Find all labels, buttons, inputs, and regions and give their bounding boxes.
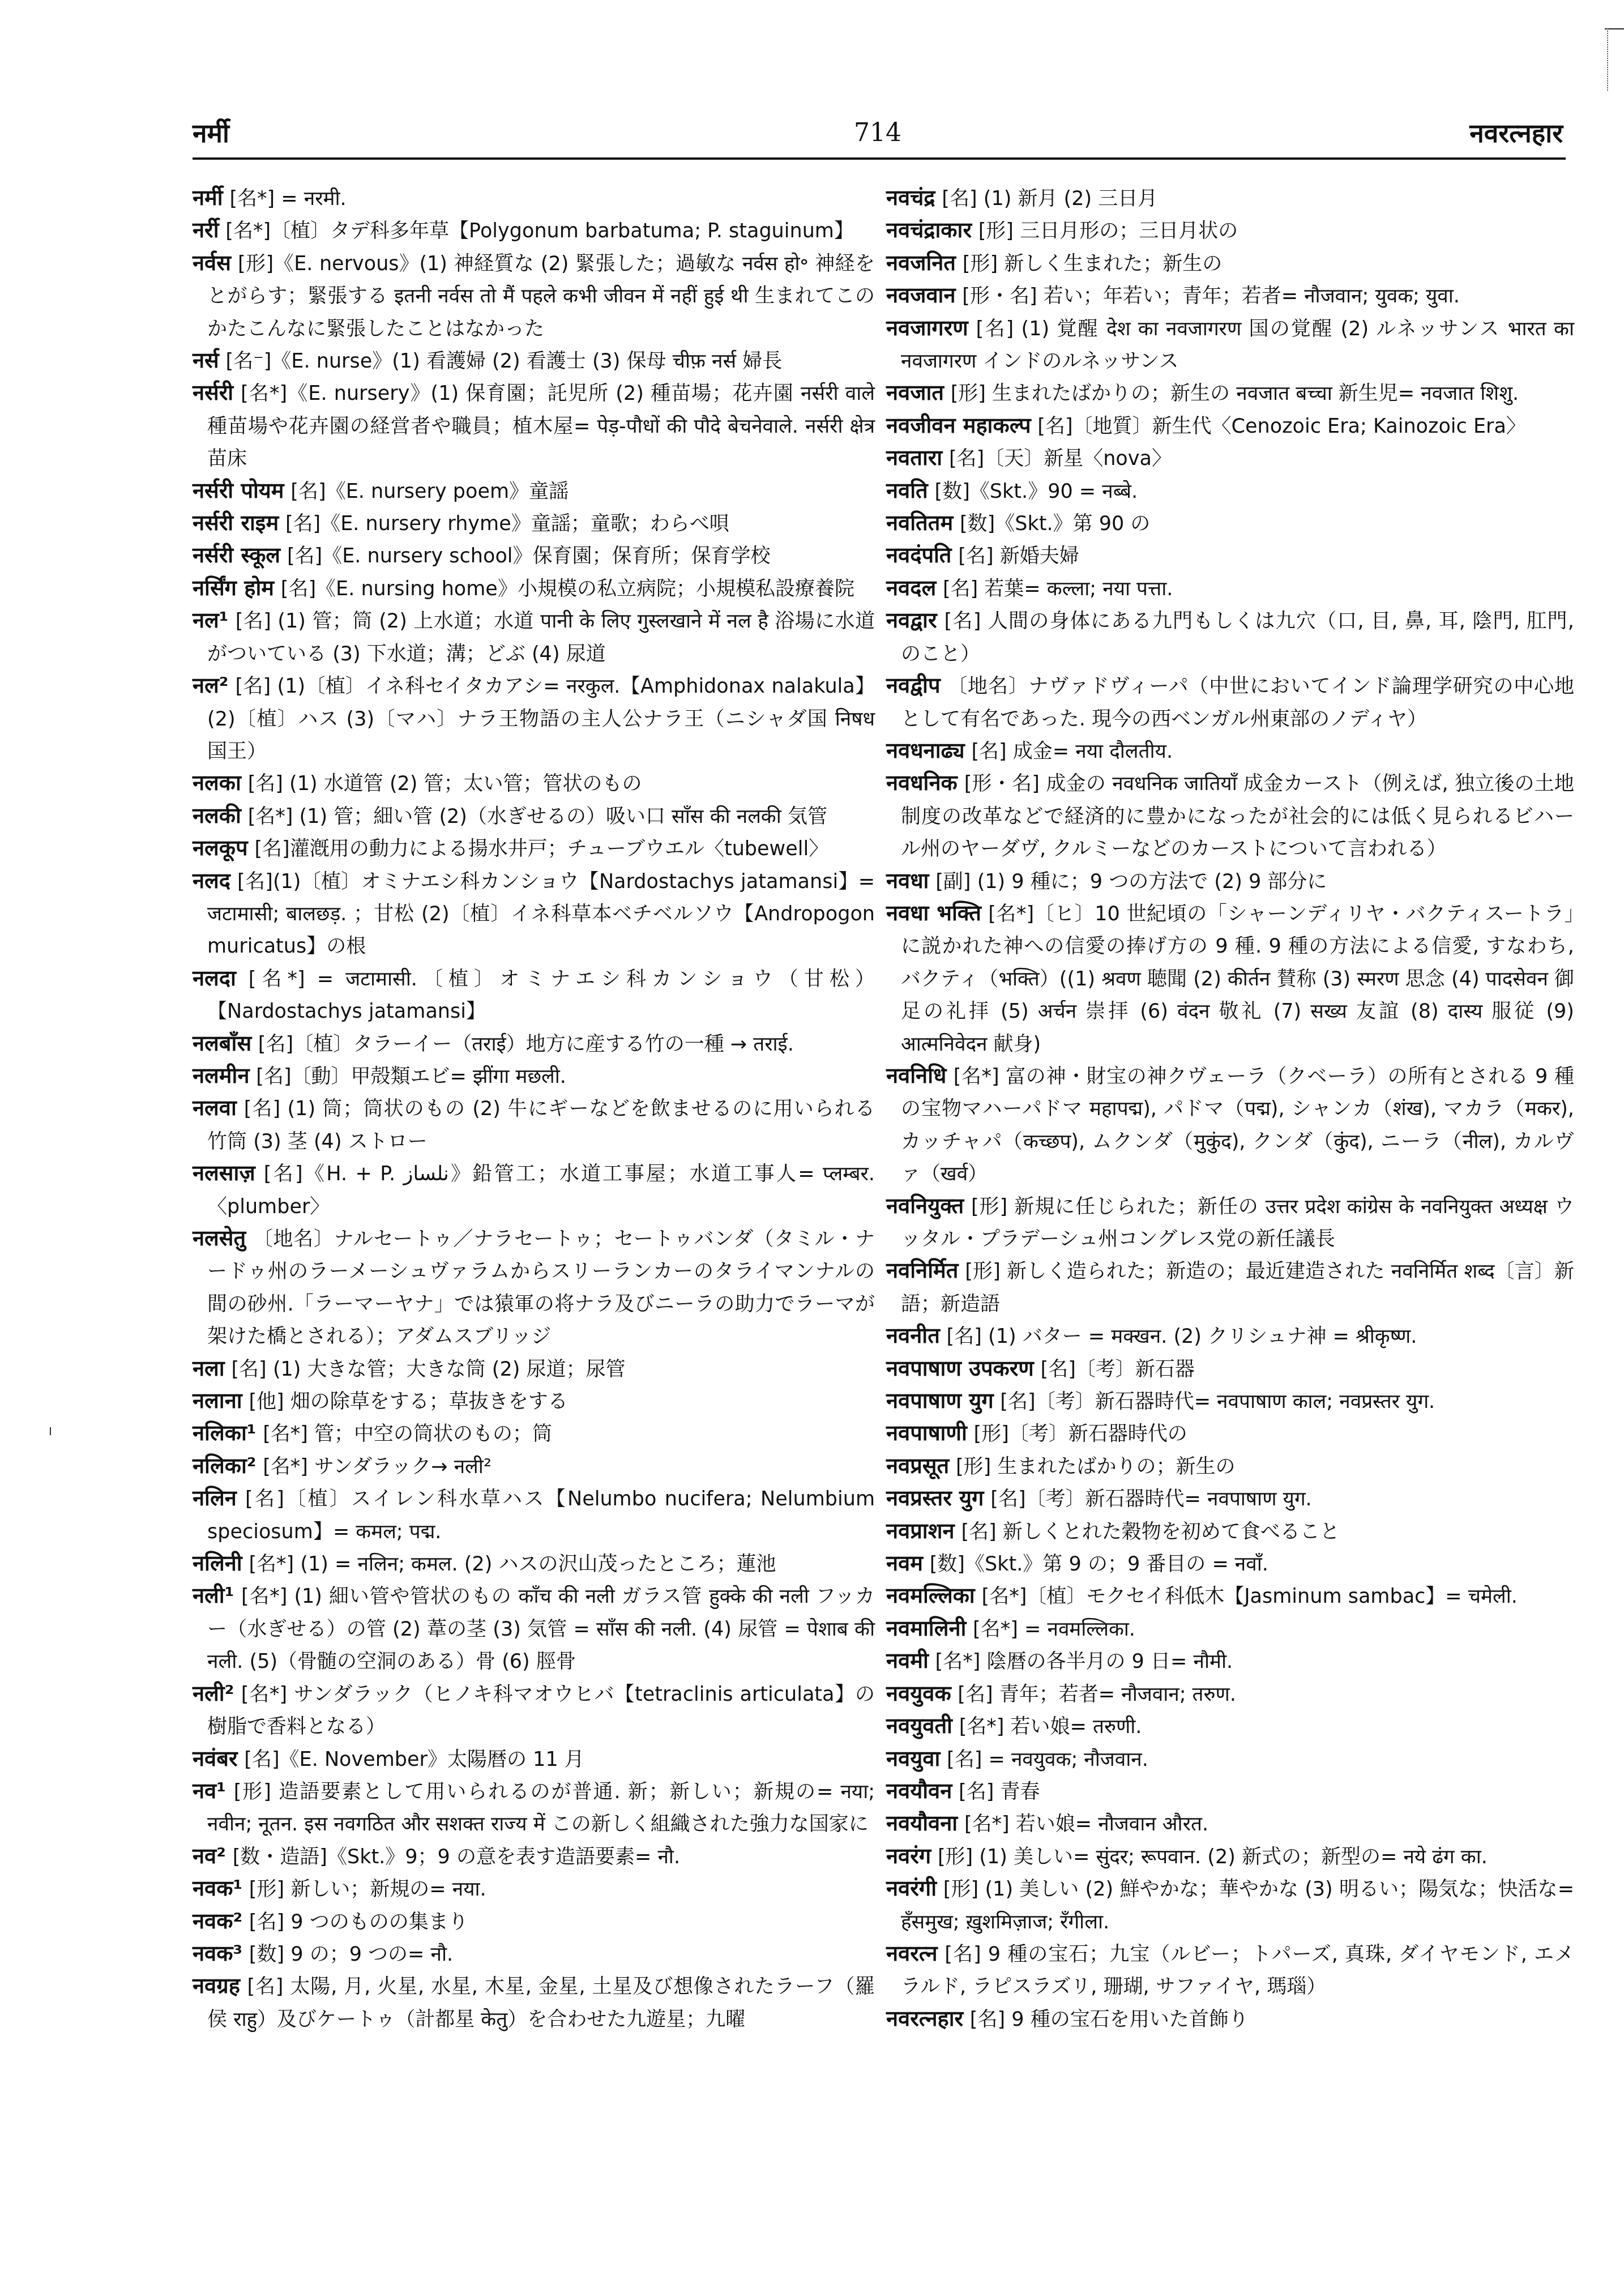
entry-definition: [名]〔植〕タラーイー（तराई）地方に産する竹の一種 → तराई. <box>258 1033 794 1056</box>
entry-definition: [形]〔考〕新石器時代の <box>974 1423 1187 1445</box>
entry-definition: [名] 青年；若者= नौजवान; तरुण. <box>958 1683 1236 1706</box>
dictionary-entry: नर्सरी स्कूल [名]《E. nursery school》保育園；保… <box>193 540 875 572</box>
entry-definition: [名*] (1) 細い管や管状のもの काँच की नली ガラス管 हुक्… <box>207 1585 875 1673</box>
entry-definition: [名*]〔ヒ〕10 世紀頃の「シャーンディリヤ・バクティスートラ」に説かれた神へ… <box>901 903 1574 1056</box>
entry-definition: [名] = नवयुवक; नौजवान. <box>947 1748 1148 1771</box>
dictionary-entry: नवयुवा [名] = नवयुवक; नौजवान. <box>886 1743 1574 1775</box>
entry-definition: [名] (1) 水道管 (2) 管；太い管；管状のもの <box>248 772 642 795</box>
dictionary-entry: नलाना [他] 畑の除草をする；草抜きをする <box>193 1385 875 1418</box>
dictionary-entry: नवद्वार [名] 人間の身体にある九門もしくは九穴（口, 目, 鼻, 耳,… <box>886 605 1574 670</box>
headword: नवतारा <box>886 445 942 470</box>
entry-definition: [名] (1) バター = मक्खन. (2) クリシュナ神 = श्रीकृ… <box>947 1325 1417 1348</box>
dictionary-entry: नवरंगी [形] (1) 美しい (2) 鮮やかな；華やかな (3) 明るい… <box>886 1873 1574 1938</box>
headword: नवधनिक <box>886 770 958 795</box>
headword: नवमी <box>886 1648 929 1673</box>
entry-definition: [名] 9 種の宝石；九宝（ルビー；トパーズ, 真珠, ダイヤモンド, エメラル… <box>901 1943 1574 1998</box>
entry-definition: [名]《E. nursery rhyme》童謡；童歌；わらべ唄 <box>285 513 729 535</box>
dictionary-entry: नवतारा [名]〔天〕新星〈nova〉 <box>886 442 1574 475</box>
dictionary-entry: नवयौवना [名*] 若い娘= नौजवान औरत. <box>886 1808 1574 1840</box>
dictionary-entry: नवजीवन महाकल्प [名]〔地質〕新生代〈Cenozoic Era; … <box>886 410 1574 442</box>
entry-definition: [名] (1) 新月 (2) 三日月 <box>942 187 1157 210</box>
entry-definition: [名*] 陰暦の各半月の 9 日= नौमी. <box>935 1650 1233 1673</box>
headword: नवयौवना <box>886 1811 958 1836</box>
dictionary-entry: नवरत्न [名] 9 種の宝石；九宝（ルビー；トパーズ, 真珠, ダイヤモン… <box>886 1938 1574 2003</box>
headword: नव² <box>193 1843 226 1868</box>
scan-speck <box>50 1427 51 1435</box>
dictionary-entry: नवप्रसूत [形] 生まれたばかりの；新生の <box>886 1450 1574 1483</box>
dictionary-entry: नवयौवन [名] 青春 <box>886 1775 1574 1808</box>
guideword-right: नवरत्नहार <box>1469 116 1563 150</box>
dictionary-entry: नव² [数・造語]《Skt.》9；9 の意を表す造語要素= नौ. <box>193 1841 875 1873</box>
headword: नलका <box>193 770 241 795</box>
entry-definition: [名*] = नवमल्लिका. <box>973 1618 1135 1641</box>
headword: नवचंद्राकार <box>886 217 972 242</box>
dictionary-entry: नवयुवक [名] 青年；若者= नौजवान; तरुण. <box>886 1678 1574 1710</box>
dictionary-entry: नल¹ [名] (1) 管；筒 (2) 上水道；水道 पानी के लिए ग… <box>193 605 875 670</box>
headword: नवचंद्र <box>886 185 935 210</box>
dictionary-entry: नवरंग [形] (1) 美しい= सुंदर; रूपवान. (2) 新式… <box>886 1841 1574 1873</box>
headword: नलिनी <box>193 1551 242 1576</box>
dictionary-entry: नलका [名] (1) 水道管 (2) 管；太い管；管状のもの <box>193 767 875 800</box>
headword: नवजवान <box>886 283 955 308</box>
left-column: नर्मी [名*] = नरमी.नर्री [名*]〔植〕タデ科多年草【Po… <box>193 182 875 2035</box>
dictionary-entry: नवदंपति [名] 新婚夫婦 <box>886 540 1574 572</box>
entry-definition: [名*] (1) 管；細い管 (2)（水ぎせるの）吸い口 साँस की नलक… <box>248 805 827 828</box>
headword: नवयौवन <box>886 1778 952 1803</box>
dictionary-entry: नवंबर [名]《E. November》太陽暦の 11 月 <box>193 1743 875 1775</box>
dictionary-entry: नलिनी [名*] (1) = नलिन; कमल. (2) ハスの沢山茂った… <box>193 1548 875 1580</box>
headword: नवरंग <box>886 1843 931 1868</box>
headword: नवरंगी <box>886 1876 937 1901</box>
dictionary-entry: नवक³ [数] 9 の；9 つの= नौ. <box>193 1938 875 1970</box>
entry-definition: [形] 新しく生まれた；新生の <box>963 253 1222 275</box>
entry-definition: [名*] (1) = नलिन; कमल. (2) ハスの沢山茂ったところ；蓮池 <box>249 1553 776 1576</box>
dictionary-entry: नली² [名*] サンダラック（ヒノキ科マオウヒバ【tetraclinis a… <box>193 1678 875 1743</box>
dictionary-entry: नलमीन [名]〔動〕甲殻類エビ= झींगा मछली. <box>193 1060 875 1092</box>
headword: नवजनित <box>886 250 956 275</box>
entry-definition: [数・造語]《Skt.》9；9 の意を表す造語要素= नौ. <box>233 1846 680 1868</box>
dictionary-entry: नवतितम [数]《Skt.》第 90 の <box>886 507 1574 540</box>
headword: नवदंपति <box>886 543 951 567</box>
entry-definition: [副] (1) 9 種に；9 つの方法で (2) 9 部分に <box>935 870 1327 893</box>
entry-definition: [名]《E. November》太陽暦の 11 月 <box>244 1748 584 1771</box>
entry-definition: [名]〔考〕新石器 <box>1041 1358 1195 1381</box>
entry-definition: [名]〔動〕甲殻類エビ= झींगा मछली. <box>256 1065 566 1088</box>
dictionary-entry: नलसेतु 〔地名〕ナルセートゥ／ナラセートゥ；セートゥバンダ（タミル・ナード… <box>193 1223 875 1353</box>
entry-definition: [名*] サンダラック（ヒノキ科マオウヒバ【tetraclinis articu… <box>207 1683 875 1738</box>
headword: नवमल्लिका <box>886 1583 975 1608</box>
dictionary-entry: नल² [名] (1)〔植〕イネ科セイタカアシ= नरकुल.【Amphidon… <box>193 670 875 767</box>
headword: नवधनाढ्य <box>886 738 965 763</box>
entry-definition: [名] 成金= नया दौलतीय. <box>971 740 1173 763</box>
dictionary-entry: नर्सरी [名*]《E. nursery》(1) 保育園；託児所 (2) 種… <box>193 377 875 475</box>
entry-definition: [名*] 富の神・財宝の神クヴェーラ（クベーラ）の所有とされる 9 種の宝物マハ… <box>901 1065 1574 1185</box>
entry-definition: [名] 9 種の宝石を用いた首飾り <box>970 2008 1249 2031</box>
headword: नवग्रह <box>193 1973 240 1998</box>
headword: नवजीवन महाकल्प <box>886 413 1031 438</box>
dictionary-entry: नलबाँस [名]〔植〕タラーイー（तराई）地方に産する竹の一種 → तरा… <box>193 1028 875 1060</box>
dictionary-entry: नवमालिनी [名*] = नवमल्लिका. <box>886 1613 1574 1645</box>
dictionary-entry: नवजात [形] 生まれたばかりの；新生の नवजात बच्चा 新生児= … <box>886 377 1574 409</box>
headword: नला <box>193 1356 225 1381</box>
entry-definition: [名] (1) 筒；筒状のもの (2) 牛にギーなどを飲ませるのに用いられる竹筒… <box>207 1098 875 1153</box>
headword: नलदा <box>193 966 236 991</box>
dictionary-entry: नलिन [名]〔植〕スイレン科水草ハス【Nelumbo nucifera; N… <box>193 1483 875 1548</box>
dictionary-entry: नलिका² [名*] サンダラック→ नली² <box>193 1450 875 1483</box>
dictionary-entry: नलिका¹ [名*] 管；中空の筒状のもの；筒 <box>193 1418 875 1450</box>
dictionary-entry: नवद्वीप 〔地名〕ナヴァドヴィーパ（中世においてインド論理学研究の中心地と… <box>886 670 1574 735</box>
dictionary-entry: नवक² [名] 9 つのものの集まり <box>193 1906 875 1938</box>
entry-definition: [数]《Skt.》第 9 の；9 番目の = नवाँ. <box>930 1553 1268 1576</box>
entry-definition: 〔地名〕ナヴァドヴィーパ（中世においてインド論理学研究の中心地として有名であった… <box>901 675 1574 730</box>
dictionary-entry: नवपाषाणी [形]〔考〕新石器時代の <box>886 1418 1574 1450</box>
entry-definition: [名*]《E. nursery》(1) 保育園；託児所 (2) 種苗場；花卉園 … <box>207 382 875 470</box>
dictionary-entry: नवजवान [形・名] 若い；年若い；青年；若者= नौजवान; युवक;… <box>886 280 1574 312</box>
dictionary-entry: नर्सिंग होम [名]《E. nursing home》小規模の私立病院… <box>193 573 875 605</box>
entry-definition: [名] (1) 大きな管；大きな筒 (2) 尿道；尿管 <box>231 1358 625 1381</box>
entry-definition: [形] 三日月形の；三日月状の <box>978 220 1238 242</box>
entry-definition: [数] 9 の；9 つの= नौ. <box>249 1943 453 1966</box>
entry-definition: [形] 造語要素として用いられるのが普通. 新；新しい；新規の= नया; नव… <box>207 1781 875 1836</box>
dictionary-entry: नवमल्लिका [名*]〔植〕モクセイ科低木【Jasminum sambac… <box>886 1580 1574 1612</box>
dictionary-entry: नवग्रह [名] 太陽, 月, 火星, 水星, 木星, 金星, 土星及び想像… <box>193 1970 875 2035</box>
headword: नवद्वार <box>886 608 937 633</box>
headword: नर्वस <box>193 250 231 275</box>
entry-definition: [名] 9 つのものの集まり <box>249 1911 468 1934</box>
headword: नवयुवक <box>886 1681 951 1706</box>
headword: नलद <box>193 868 230 893</box>
dictionary-entry: नवजनित [形] 新しく生まれた；新生の <box>886 247 1574 280</box>
dictionary-entry: नर्सरी राइम [名]《E. nursery rhyme》童謡；童歌；わ… <box>193 507 875 540</box>
headword: नलबाँस <box>193 1031 251 1056</box>
entry-definition: [数]《Skt.》90 = नब्बे. <box>935 480 1138 503</box>
entry-definition: [名]灌漑用の動力による揚水井戸；チューブウエル〈tubewell〉 <box>254 838 828 860</box>
dictionary-entry: नवचंद्र [名] (1) 新月 (2) 三日月 <box>886 182 1574 215</box>
headword: नवंबर <box>193 1746 237 1771</box>
headword: नवपाषाण युग <box>886 1388 994 1413</box>
dictionary-entry: नर्स [名⁻]《E. nurse》(1) 看護婦 (2) 看護士 (3) 保… <box>193 345 875 377</box>
headword: नलसाज़ <box>193 1160 255 1185</box>
headword: नवप्रसूत <box>886 1453 949 1478</box>
headword: नर्सिंग होम <box>193 575 274 600</box>
headword: नलमीन <box>193 1063 250 1088</box>
entry-definition: [名*] = जटामासी.〔植〕オミナエシ科カンショウ（甘松）【Nardos… <box>207 968 875 1023</box>
dictionary-entry: नवनिर्मित [形] 新しく造られた；新造の；最近建造された नवनिर्… <box>886 1255 1574 1320</box>
dictionary-entry: नली¹ [名*] (1) 細い管や管状のもの काँच की नली ガラス管… <box>193 1580 875 1678</box>
dictionary-entry: नलवा [名] (1) 筒；筒状のもの (2) 牛にギーなどを飲ませるのに用い… <box>193 1092 875 1158</box>
entry-definition: [名]〔天〕新星〈nova〉 <box>949 447 1172 470</box>
dictionary-entry: नव¹ [形] 造語要素として用いられるのが普通. 新；新しい；新規の= नया… <box>193 1775 875 1841</box>
dictionary-entry: नलसाज़ [名]《H. + P. نلساز》鉛管工；水道工事屋；水道工事人… <box>193 1158 875 1223</box>
headword: नवयुवती <box>886 1713 952 1738</box>
entry-definition: [名]〔植〕スイレン科水草ハス【Nelumbo nucifera; Nelumb… <box>207 1488 875 1543</box>
entry-definition: [名] (1) 覚醒 देश का नवजागरण 国の覚醒 (2) ルネッサン… <box>901 318 1574 373</box>
headword: नली² <box>193 1681 234 1706</box>
entry-definition: [形] 新しい；新規の= नया. <box>249 1878 486 1901</box>
entry-definition: [名]〔地質〕新生代〈Cenozoic Era; Kainozoic Era〉 <box>1037 415 1526 438</box>
entry-definition: [形] (1) 美しい= सुंदर; रूपवान. (2) 新式の；新型の=… <box>938 1846 1488 1868</box>
header-rule <box>193 157 1566 160</box>
page-header: नर्मी 714 नवरत्नहार <box>193 116 1563 156</box>
dictionary-entry: नवधा भक्ति [名*]〔ヒ〕10 世紀頃の「シャーンディリヤ・バクティス… <box>886 898 1574 1060</box>
dictionary-entry: नवक¹ [形] 新しい；新規の= नया. <box>193 1873 875 1905</box>
headword: नवक² <box>193 1909 242 1934</box>
headword: नवरत्न <box>886 1941 938 1966</box>
headword: नवनिर्मित <box>886 1258 958 1283</box>
entry-definition: [形] 生まれたばかりの；新生の नवजात बच्चा 新生児= नवजात … <box>951 382 1519 405</box>
entry-definition: [名*] 若い娘= नौजवान औरत. <box>964 1813 1208 1836</box>
headword: नर्सरी स्कूल <box>193 543 280 567</box>
headword: नवपाषाणी <box>886 1420 967 1445</box>
entry-definition: [名*] サンダラック→ नली² <box>263 1456 492 1478</box>
entry-definition: [名]〔考〕新石器時代= नवपाषाण काल; नवप्रस्तर युग. <box>1000 1390 1435 1413</box>
entry-definition: [形] 新規に任じられた；新任の उत्तर प्रदेश कांग्रेस क… <box>901 1196 1574 1250</box>
dictionary-entry: नलकूप [名]灌漑用の動力による揚水井戸；チューブウエル〈tubewell〉 <box>193 833 875 865</box>
dictionary-entry: नवरत्नहार [名] 9 種の宝石を用いた首飾り <box>886 2003 1574 2035</box>
entry-definition: [名] 新しくとれた穀物を初めて食べること <box>961 1521 1339 1543</box>
entry-definition: [名]《E. nursery school》保育園；保育所；保育学校 <box>287 545 771 567</box>
entry-definition: [形]《E. nervous》(1) 神経質な (2) 緊張した；過敏な नर्… <box>207 253 875 340</box>
dictionary-entry: नवनीत [名] (1) バター = मक्खन. (2) クリシュナ神 = … <box>886 1320 1574 1352</box>
headword: नर्सरी पोयम <box>193 478 284 503</box>
headword: नल² <box>193 673 229 698</box>
headword: नवनिधि <box>886 1063 946 1088</box>
entry-definition: [形] 新しく造られた；新造の；最近建造された नवनिर्मित शब्द〔言… <box>901 1260 1574 1315</box>
headword: नवद्वीप <box>886 673 941 698</box>
dictionary-entry: नवधा [副] (1) 9 種に；9 つの方法で (2) 9 部分に <box>886 865 1574 898</box>
headword: नवजात <box>886 380 944 405</box>
entry-definition: [形] (1) 美しい (2) 鮮やかな；華やかな (3) 明るい；陽気な；快活… <box>901 1878 1574 1933</box>
headword: नलवा <box>193 1095 237 1120</box>
headword: नर्मी <box>193 185 223 210</box>
entry-definition: [名*] 若い娘= तरुणी. <box>959 1715 1142 1738</box>
headword: नवतितम <box>886 510 953 535</box>
headword: नलकूप <box>193 835 248 860</box>
entry-definition: [名*] = नरमी. <box>229 187 346 210</box>
dictionary-entry: नवनिधि [名*] 富の神・財宝の神クヴェーラ（クベーラ）の所有とされる 9… <box>886 1060 1574 1190</box>
dictionary-entry: नर्सरी पोयम [名]《E. nursery poem》童謡 <box>193 475 875 507</box>
headword: नवधा <box>886 868 929 893</box>
headword: नवप्रस्तर युग <box>886 1486 984 1510</box>
dictionary-entry: नर्री [名*]〔植〕タデ科多年草【Polygonum barbatuma;… <box>193 215 875 247</box>
headword: नवक³ <box>193 1941 242 1966</box>
headword: नलिका² <box>193 1453 256 1478</box>
headword: नवम <box>886 1551 923 1576</box>
entry-definition: [名]〔考〕新石器時代= नवपाषाण युग. <box>990 1488 1311 1510</box>
dictionary-entry: नर्वस [形]《E. nervous》(1) 神経質な (2) 緊張した；過… <box>193 247 875 345</box>
headword: नर्री <box>193 217 219 242</box>
dictionary-entry: नवजागरण [名] (1) 覚醒 देश का नवजागरण 国の覚醒 (… <box>886 313 1574 378</box>
entry-definition: [他] 畑の除草をする；草抜きをする <box>249 1390 567 1413</box>
dictionary-entry: नवदल [名] 若葉= कल्ला; नया पत्ता. <box>886 573 1574 605</box>
dictionary-entry: नवप्राशन [名] 新しくとれた穀物を初めて食べること <box>886 1516 1574 1548</box>
page-number: 714 <box>193 116 1563 150</box>
dictionary-entry: नवमी [名*] 陰暦の各半月の 9 日= नौमी. <box>886 1645 1574 1678</box>
headword: नवधा भक्ति <box>886 900 981 925</box>
dictionary-entry: नलद [名](1)〔植〕オミナエシ科カンショウ【Nardostachys ja… <box>193 865 875 963</box>
dictionary-entry: नवपाषाण युग [名]〔考〕新石器時代= नवपाषाण काल; नव… <box>886 1385 1574 1418</box>
headword: नव¹ <box>193 1778 226 1803</box>
entry-definition: [数]《Skt.》第 90 の <box>960 513 1150 535</box>
entry-definition: [名*]〔植〕タデ科多年草【Polygonum barbatuma; P. st… <box>225 220 854 242</box>
dictionary-entry: नवधनाढ्य [名] 成金= नया दौलतीय. <box>886 735 1574 767</box>
headword: नर्स <box>193 348 219 373</box>
headword: नवरत्नहार <box>886 2006 963 2031</box>
entry-definition: [名*] 管；中空の筒状のもの；筒 <box>263 1423 552 1445</box>
headword: नर्सरी राइम <box>193 510 279 535</box>
headword: नलसेतु <box>193 1226 246 1250</box>
entry-definition: [名] (1) 管；筒 (2) 上水道；水道 पानी के लिए गुस्ल… <box>207 610 875 665</box>
headword: नर्सरी <box>193 380 233 405</box>
headword: नल¹ <box>193 608 229 633</box>
headword: नवक¹ <box>193 1876 242 1901</box>
entry-definition: [名] 青春 <box>959 1781 1040 1803</box>
dictionary-entry: नलदा [名*] = जटामासी.〔植〕オミナエシ科カンショウ（甘松）【N… <box>193 963 875 1028</box>
dictionary-entry: नवपाषाण उपकरण [名]〔考〕新石器 <box>886 1353 1574 1385</box>
entry-definition: [名] 若葉= कल्ला; नया पत्ता. <box>943 578 1173 600</box>
entry-definition: [名]《E. nursing home》小規模の私立病院；小規模私設療養院 <box>281 578 854 600</box>
entry-definition: [形・名] 成金の नवधनिक जातियाँ 成金カースト（例えば, 独立後… <box>901 772 1574 860</box>
dictionary-entry: नवति [数]《Skt.》90 = नब्बे. <box>886 475 1574 507</box>
entry-definition: 〔地名〕ナルセートゥ／ナラセートゥ；セートゥバンダ（タミル・ナードゥ州のラーメー… <box>207 1228 875 1348</box>
headword: नवदल <box>886 575 936 600</box>
headword: नलिका¹ <box>193 1420 256 1445</box>
entry-definition: [形・名] 若い；年若い；青年；若者= नौजवान; युवक; युवा. <box>962 285 1460 308</box>
dictionary-entry: नर्मी [名*] = नरमी. <box>193 182 875 215</box>
dictionary-entry: नवम [数]《Skt.》第 9 の；9 番目の = नवाँ. <box>886 1548 1574 1580</box>
entry-definition: [名]《E. nursery poem》童謡 <box>290 480 569 503</box>
headword: नलिन <box>193 1486 237 1510</box>
entry-definition: [名](1)〔植〕オミナエシ科カンショウ【Nardostachys jatama… <box>207 870 875 958</box>
headword: नवजागरण <box>886 315 968 340</box>
right-column: नवचंद्र [名] (1) 新月 (2) 三日月नवचंद्राकार [形… <box>886 182 1574 2035</box>
dictionary-entry: नवनियुक्त [形] 新規に任じられた；新任の उत्तर प्रदेश … <box>886 1190 1574 1256</box>
headword: नलाना <box>193 1388 242 1413</box>
headword: नलकी <box>193 803 241 828</box>
headword: नवनियुक्त <box>886 1193 964 1218</box>
scan-edge-dots <box>1607 28 1609 91</box>
entry-definition: [名⁻]《E. nurse》(1) 看護婦 (2) 看護士 (3) 保母 चीफ… <box>226 350 783 373</box>
headword: नवति <box>886 478 928 503</box>
headword: नवयुवा <box>886 1746 940 1771</box>
dictionary-entry: नला [名] (1) 大きな管；大きな筒 (2) 尿道；尿管 <box>193 1353 875 1385</box>
headword: नली¹ <box>193 1583 234 1608</box>
entry-definition: [名] 人間の身体にある九門もしくは九穴（口, 目, 鼻, 耳, 陰門, 肛門,… <box>901 610 1574 665</box>
dictionary-entry: नवचंद्राकार [形] 三日月形の；三日月状の <box>886 215 1574 247</box>
entry-definition: [名] 新婚夫婦 <box>958 545 1079 567</box>
dictionary-entry: नवधनिक [形・名] 成金の नवधनिक जातियाँ 成金カースト（例… <box>886 767 1574 865</box>
dictionary-entry: नवप्रस्तर युग [名]〔考〕新石器時代= नवपाषाण युग. <box>886 1483 1574 1515</box>
headword: नवनीत <box>886 1323 940 1348</box>
headword: नवपाषाण उपकरण <box>886 1356 1034 1381</box>
entry-definition: [名*]〔植〕モクセイ科低木【Jasminum sambac】= चमेली. <box>981 1585 1517 1608</box>
headword: नवमालिनी <box>886 1616 966 1641</box>
entry-definition: [名] (1)〔植〕イネ科セイタカアシ= नरकुल.【Amphidonax n… <box>207 675 875 763</box>
dictionary-entry: नलकी [名*] (1) 管；細い管 (2)（水ぎせるの）吸い口 साँस क… <box>193 800 875 833</box>
dictionary-entry: नवयुवती [名*] 若い娘= तरुणी. <box>886 1710 1574 1743</box>
entry-definition: [名] 太陽, 月, 火星, 水星, 木星, 金星, 土星及び想像されたラーフ（… <box>207 1975 875 2030</box>
entry-definition: [形] 生まれたばかりの；新生の <box>956 1456 1235 1478</box>
headword: नवप्राशन <box>886 1518 955 1543</box>
entry-definition: [名]《H. + P. نلساز》鉛管工；水道工事屋；水道工事人= प्लम्… <box>207 1163 875 1218</box>
